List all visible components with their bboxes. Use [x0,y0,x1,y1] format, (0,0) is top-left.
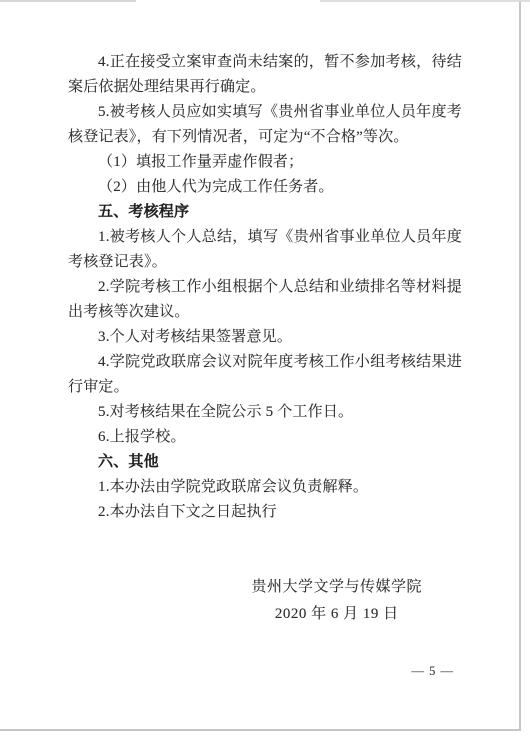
paragraph: 5.被考核人员应如实填写《贵州省事业单位人员年度考核登记表》，有下列情况者，可定… [68,100,462,150]
section-heading: 五、考核程序 [68,200,462,225]
page-number: — 5 — [412,664,455,678]
paragraph: 6.上报学校。 [68,425,462,450]
signature-date: 2020 年 6 月 19 日 [251,601,422,628]
paragraph: 1.本办法由学院党政联席会议负责解释。 [68,475,462,500]
page-content: 4.正在接受立案审查尚未结案的，暂不参加考核，待结案后依据处理结果再行确定。 5… [0,0,530,736]
signature-block: 贵州大学文学与传媒学院 2020 年 6 月 19 日 [251,574,422,628]
paragraph: 1.被考核人个人总结，填写《贵州省事业单位人员年度考核登记表》。 [68,225,462,275]
list-item: （1）填报工作量弄虚作假者； [68,150,462,175]
section-heading: 六、其他 [68,450,462,475]
paragraph: 2.学院考核工作小组根据个人总结和业绩排名等材料提出考核等次建议。 [68,275,462,325]
paragraph: 3.个人对考核结果签署意见。 [68,325,462,350]
document-page: 4.正在接受立案审查尚未结案的，暂不参加考核，待结案后依据处理结果再行确定。 5… [0,0,530,736]
list-item: （2）由他人代为完成工作任务者。 [68,175,462,200]
paragraph: 5.对考核结果在全院公示 5 个工作日。 [68,400,462,425]
paragraph: 4.正在接受立案审查尚未结案的，暂不参加考核，待结案后依据处理结果再行确定。 [68,50,462,100]
signature-organization: 贵州大学文学与传媒学院 [251,574,422,601]
paragraph: 2.本办法自下文之日起执行 [68,500,462,525]
paragraph: 4.学院党政联席会议对院年度考核工作小组考核结果进行审定。 [68,350,462,400]
